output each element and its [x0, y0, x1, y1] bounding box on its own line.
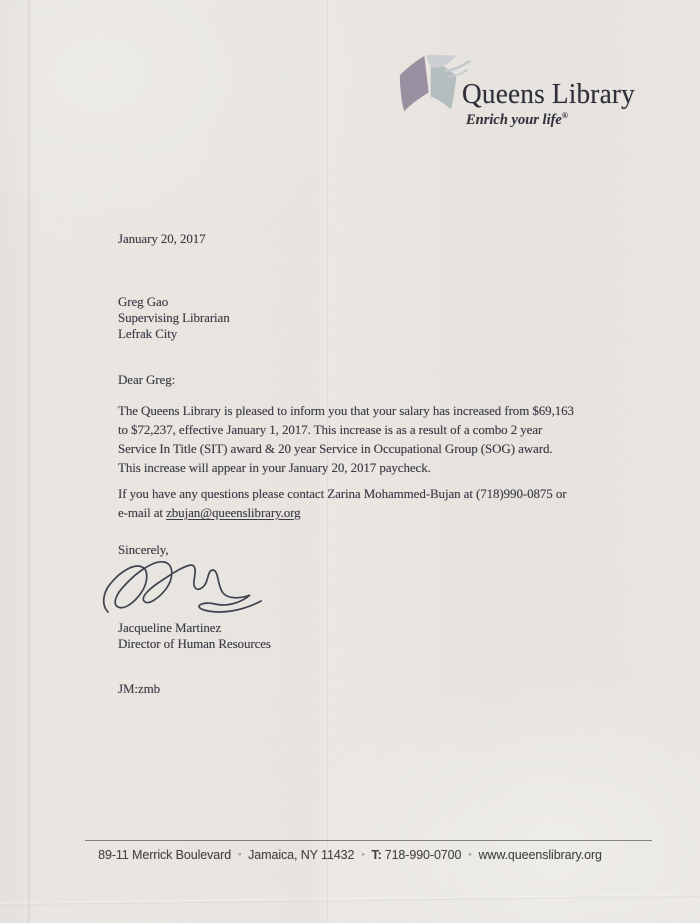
email-prefix: e-mail at [118, 505, 166, 520]
paper-crease-bottom [0, 893, 700, 905]
letter-date: January 20, 2017 [118, 231, 206, 247]
recipient-name: Greg Gao [118, 294, 230, 310]
email-link[interactable]: zbujan@queenslibrary.org [166, 505, 300, 520]
registered-mark: ® [562, 111, 568, 120]
brand-name: Queens Library [462, 78, 635, 111]
handwritten-signature [98, 550, 273, 630]
paragraph-line: e-mail at zbujan@queenslibrary.org [118, 503, 566, 522]
recipient-block: Greg Gao Supervising Librarian Lefrak Ci… [118, 294, 230, 342]
signer-block: Jacqueline Martinez Director of Human Re… [118, 620, 271, 652]
footer-address: 89-11 Merrick Boulevard [98, 848, 231, 862]
brand-tagline: Enrich your life® [466, 111, 568, 129]
signer-title: Director of Human Resources [118, 636, 271, 652]
footer-rule [85, 840, 652, 841]
paragraph-line: If you have any questions please contact… [118, 484, 566, 503]
footer-separator: ◦ [361, 849, 364, 859]
paragraph-line: This increase will appear in your Januar… [118, 458, 574, 477]
footer-phone-label: T: [372, 848, 382, 862]
footer-separator: ◦ [468, 849, 471, 859]
footer-separator: ◦ [238, 849, 241, 859]
paragraph-line: to $72,237, effective January 1, 2017. T… [118, 420, 574, 439]
reference-initials: JM:zmb [118, 681, 160, 697]
signer-name: Jacqueline Martinez [118, 620, 271, 636]
scanned-letter-page: Queens Library Enrich your life® January… [0, 0, 700, 923]
paper-fold-left [26, 0, 31, 923]
footer: 89-11 Merrick Boulevard◦Jamaica, NY 1143… [0, 848, 700, 862]
recipient-location: Lefrak City [118, 326, 230, 342]
body-paragraph-2: If you have any questions please contact… [118, 484, 566, 522]
paragraph-line: The Queens Library is pleased to inform … [118, 401, 574, 420]
body-paragraph-1: The Queens Library is pleased to inform … [118, 401, 574, 477]
paragraph-line: Service In Title (SIT) award & 20 year S… [118, 439, 574, 458]
recipient-title: Supervising Librarian [118, 310, 230, 326]
salutation: Dear Greg: [118, 372, 175, 388]
footer-city: Jamaica, NY 11432 [248, 848, 354, 862]
footer-phone: 718-990-0700 [385, 848, 462, 862]
footer-website[interactable]: www.queenslibrary.org [478, 848, 601, 862]
